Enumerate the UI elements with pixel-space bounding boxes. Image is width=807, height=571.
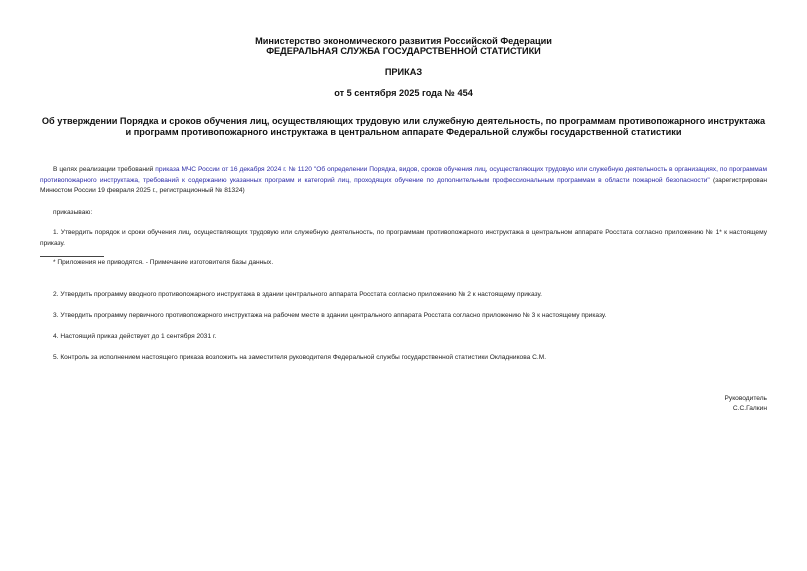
service-name: ФЕДЕРАЛЬНАЯ СЛУЖБА ГОСУДАРСТВЕННОЙ СТАТИ… <box>40 46 767 57</box>
order-item-2: 2. Утвердить программу вводного противоп… <box>53 290 767 301</box>
document-title: Об утверждении Порядка и сроков обучения… <box>40 116 767 138</box>
preamble-paragraph: В целях реализации требований приказа МЧ… <box>40 165 767 197</box>
document-date-number: от 5 сентября 2025 года № 454 <box>40 88 767 99</box>
footnote: * Приложения не приводятся. - Примечание… <box>53 258 767 269</box>
decree-word: приказываю: <box>53 208 780 219</box>
order-item-3: 3. Утвердить программу первичного против… <box>53 311 767 322</box>
signatory-position: Руководитель <box>567 394 767 405</box>
footnote-divider <box>40 256 104 257</box>
document-type: ПРИКАЗ <box>40 67 767 78</box>
preamble-lead: В целях реализации требований <box>53 166 155 173</box>
order-item-4: 4. Настоящий приказ действует до 1 сентя… <box>53 332 767 343</box>
order-item-1: 1. Утвердить порядок и сроки обучения ли… <box>40 228 767 249</box>
order-item-5: 5. Контроль за исполнением настоящего пр… <box>53 353 767 364</box>
signatory-name: С.С.Галкин <box>567 404 767 415</box>
